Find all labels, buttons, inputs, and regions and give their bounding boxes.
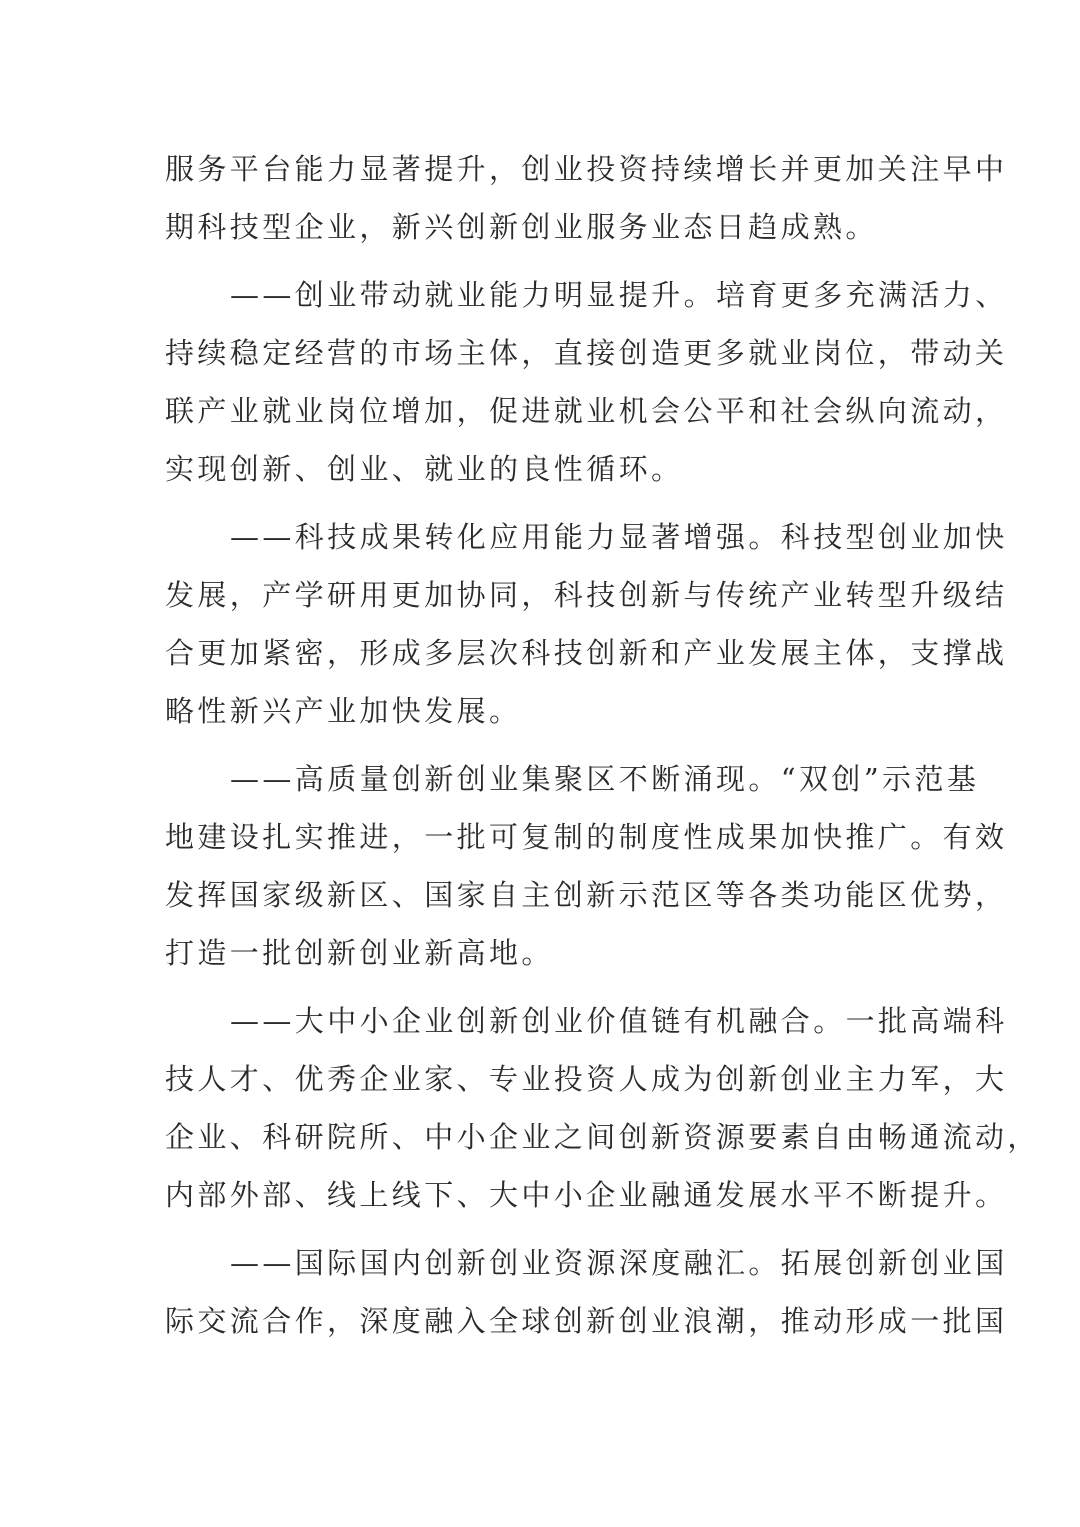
- text-line: 打造一批创新创业新高地。: [165, 924, 917, 982]
- text-line: ——高质量创新创业集聚区不断涌现。“双创”示范基: [165, 750, 917, 808]
- document-page: 服务平台能力显著提升，创业投资持续增长并更加关注早中 期科技型企业，新兴创新创业…: [165, 140, 917, 1360]
- text-line: 发展，产学研用更加协同，科技创新与传统产业转型升级结: [165, 566, 917, 624]
- text-line: 发挥国家级新区、国家自主创新示范区等各类功能区优势，: [165, 866, 917, 924]
- text-line: 持续稳定经营的市场主体，直接创造更多就业岗位，带动关: [165, 324, 917, 382]
- paragraph-5: ——大中小企业创新创业价值链有机融合。一批高端科 技人才、优秀企业家、专业投资人…: [165, 992, 917, 1224]
- text-line: 合更加紧密，形成多层次科技创新和产业发展主体，支撑战: [165, 624, 917, 682]
- paragraph-2: ——创业带动就业能力明显提升。培育更多充满活力、 持续稳定经营的市场主体，直接创…: [165, 266, 917, 498]
- text-line: ——国际国内创新创业资源深度融汇。拓展创新创业国: [165, 1234, 917, 1292]
- paragraph-4: ——高质量创新创业集聚区不断涌现。“双创”示范基 地建设扎实推进，一批可复制的制…: [165, 750, 917, 982]
- text-line: 略性新兴产业加快发展。: [165, 682, 917, 740]
- text-line: 期科技型企业，新兴创新创业服务业态日趋成熟。: [165, 198, 917, 256]
- text-line: ——创业带动就业能力明显提升。培育更多充满活力、: [165, 266, 917, 324]
- paragraph-3: ——科技成果转化应用能力显著增强。科技型创业加快 发展，产学研用更加协同，科技创…: [165, 508, 917, 740]
- text-line: 地建设扎实推进，一批可复制的制度性成果加快推广。有效: [165, 808, 917, 866]
- text-line: 实现创新、创业、就业的良性循环。: [165, 440, 917, 498]
- text-line: 服务平台能力显著提升，创业投资持续增长并更加关注早中: [165, 140, 917, 198]
- text-line: 企业、科研院所、中小企业之间创新资源要素自由畅通流动，: [165, 1108, 917, 1166]
- text-line: 际交流合作，深度融入全球创新创业浪潮，推动形成一批国: [165, 1292, 917, 1350]
- text-line: 联产业就业岗位增加，促进就业机会公平和社会纵向流动，: [165, 382, 917, 440]
- text-line: 内部外部、线上线下、大中小企业融通发展水平不断提升。: [165, 1166, 917, 1224]
- text-line: 技人才、优秀企业家、专业投资人成为创新创业主力军，大: [165, 1050, 917, 1108]
- paragraph-1: 服务平台能力显著提升，创业投资持续增长并更加关注早中 期科技型企业，新兴创新创业…: [165, 140, 917, 256]
- paragraph-6: ——国际国内创新创业资源深度融汇。拓展创新创业国 际交流合作，深度融入全球创新创…: [165, 1234, 917, 1350]
- text-line: ——科技成果转化应用能力显著增强。科技型创业加快: [165, 508, 917, 566]
- text-line: ——大中小企业创新创业价值链有机融合。一批高端科: [165, 992, 917, 1050]
